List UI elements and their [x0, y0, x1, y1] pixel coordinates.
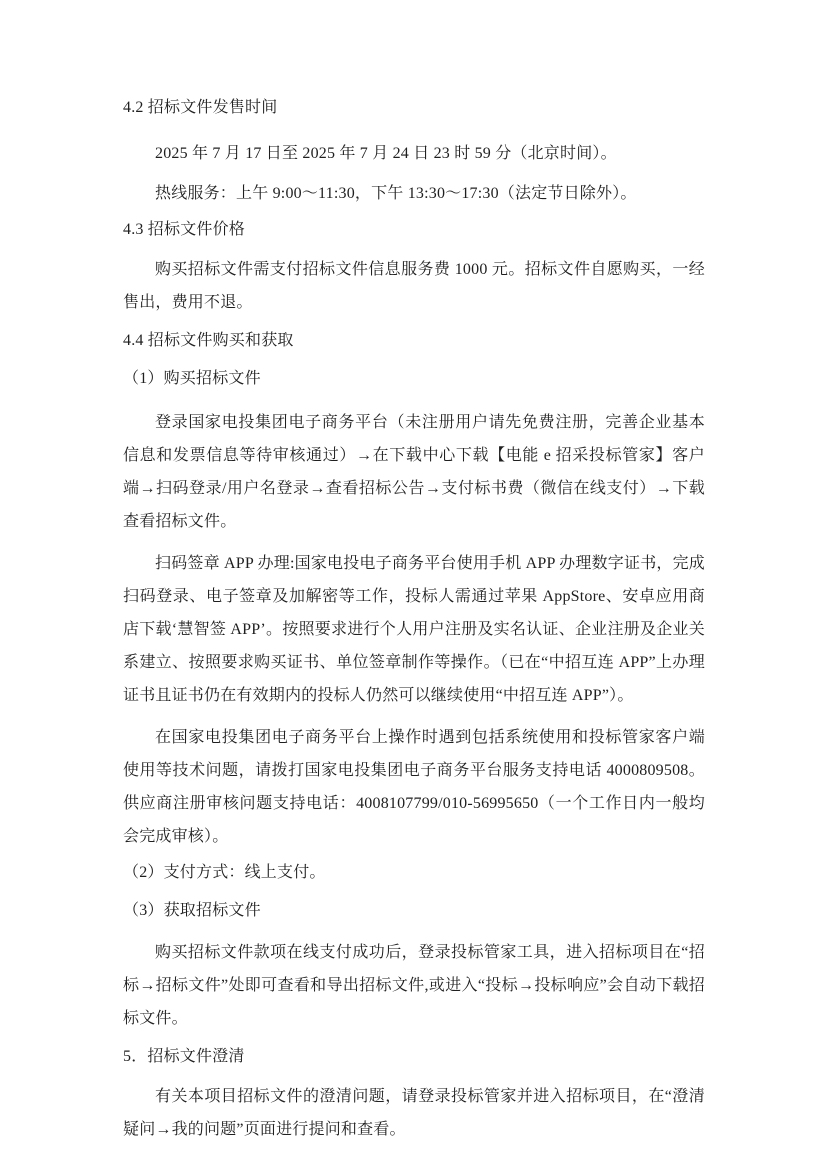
para-clarification-detail: 有关本项目招标文件的澄清问题，请登录投标管家并进入招标项目，在“澄清疑问→我的问…: [123, 1080, 705, 1146]
para-app-signature: 扫码签章 APP 办理:国家电投电子商务平台使用手机 APP 办理数字证书，完成…: [123, 547, 705, 712]
para-item-3-obtain: （3）获取招标文件: [123, 894, 705, 927]
para-item-1-purchase: （1）购买招标文件: [123, 362, 705, 395]
heading-4-2-sale-time: 4.2 招标文件发售时间: [123, 91, 705, 124]
document-page: 4.2 招标文件发售时间 2025 年 7 月 17 日至 2025 年 7 月…: [0, 0, 827, 1169]
para-obtain-steps: 购买招标文件款项在线支付成功后，登录投标管家工具，进入招标项目在“招标→招标文件…: [123, 936, 705, 1035]
para-login-steps: 登录国家电投集团电子商务平台（未注册用户请先免费注册，完善企业基本信息和发票信息…: [123, 406, 705, 538]
para-support-phones: 在国家电投集团电子商务平台上操作时遇到包括系统使用和投标管家客户端使用等技术问题…: [123, 721, 705, 853]
para-hotline-hours: 热线服务：上午 9:00～11:30，下午 13:30～17:30（法定节日除外…: [123, 177, 705, 210]
heading-4-4-purchase: 4.4 招标文件购买和获取: [123, 324, 705, 357]
heading-5-clarification: 5．招标文件澄清: [123, 1040, 705, 1073]
para-sale-period: 2025 年 7 月 17 日至 2025 年 7 月 24 日 23 时 59…: [123, 137, 705, 170]
para-price-detail: 购买招标文件需支付招标文件信息服务费 1000 元。招标文件自愿购买，一经售出，…: [123, 253, 705, 319]
heading-4-3-price: 4.3 招标文件价格: [123, 213, 705, 246]
para-item-2-payment: （2）支付方式：线上支付。: [123, 856, 705, 889]
